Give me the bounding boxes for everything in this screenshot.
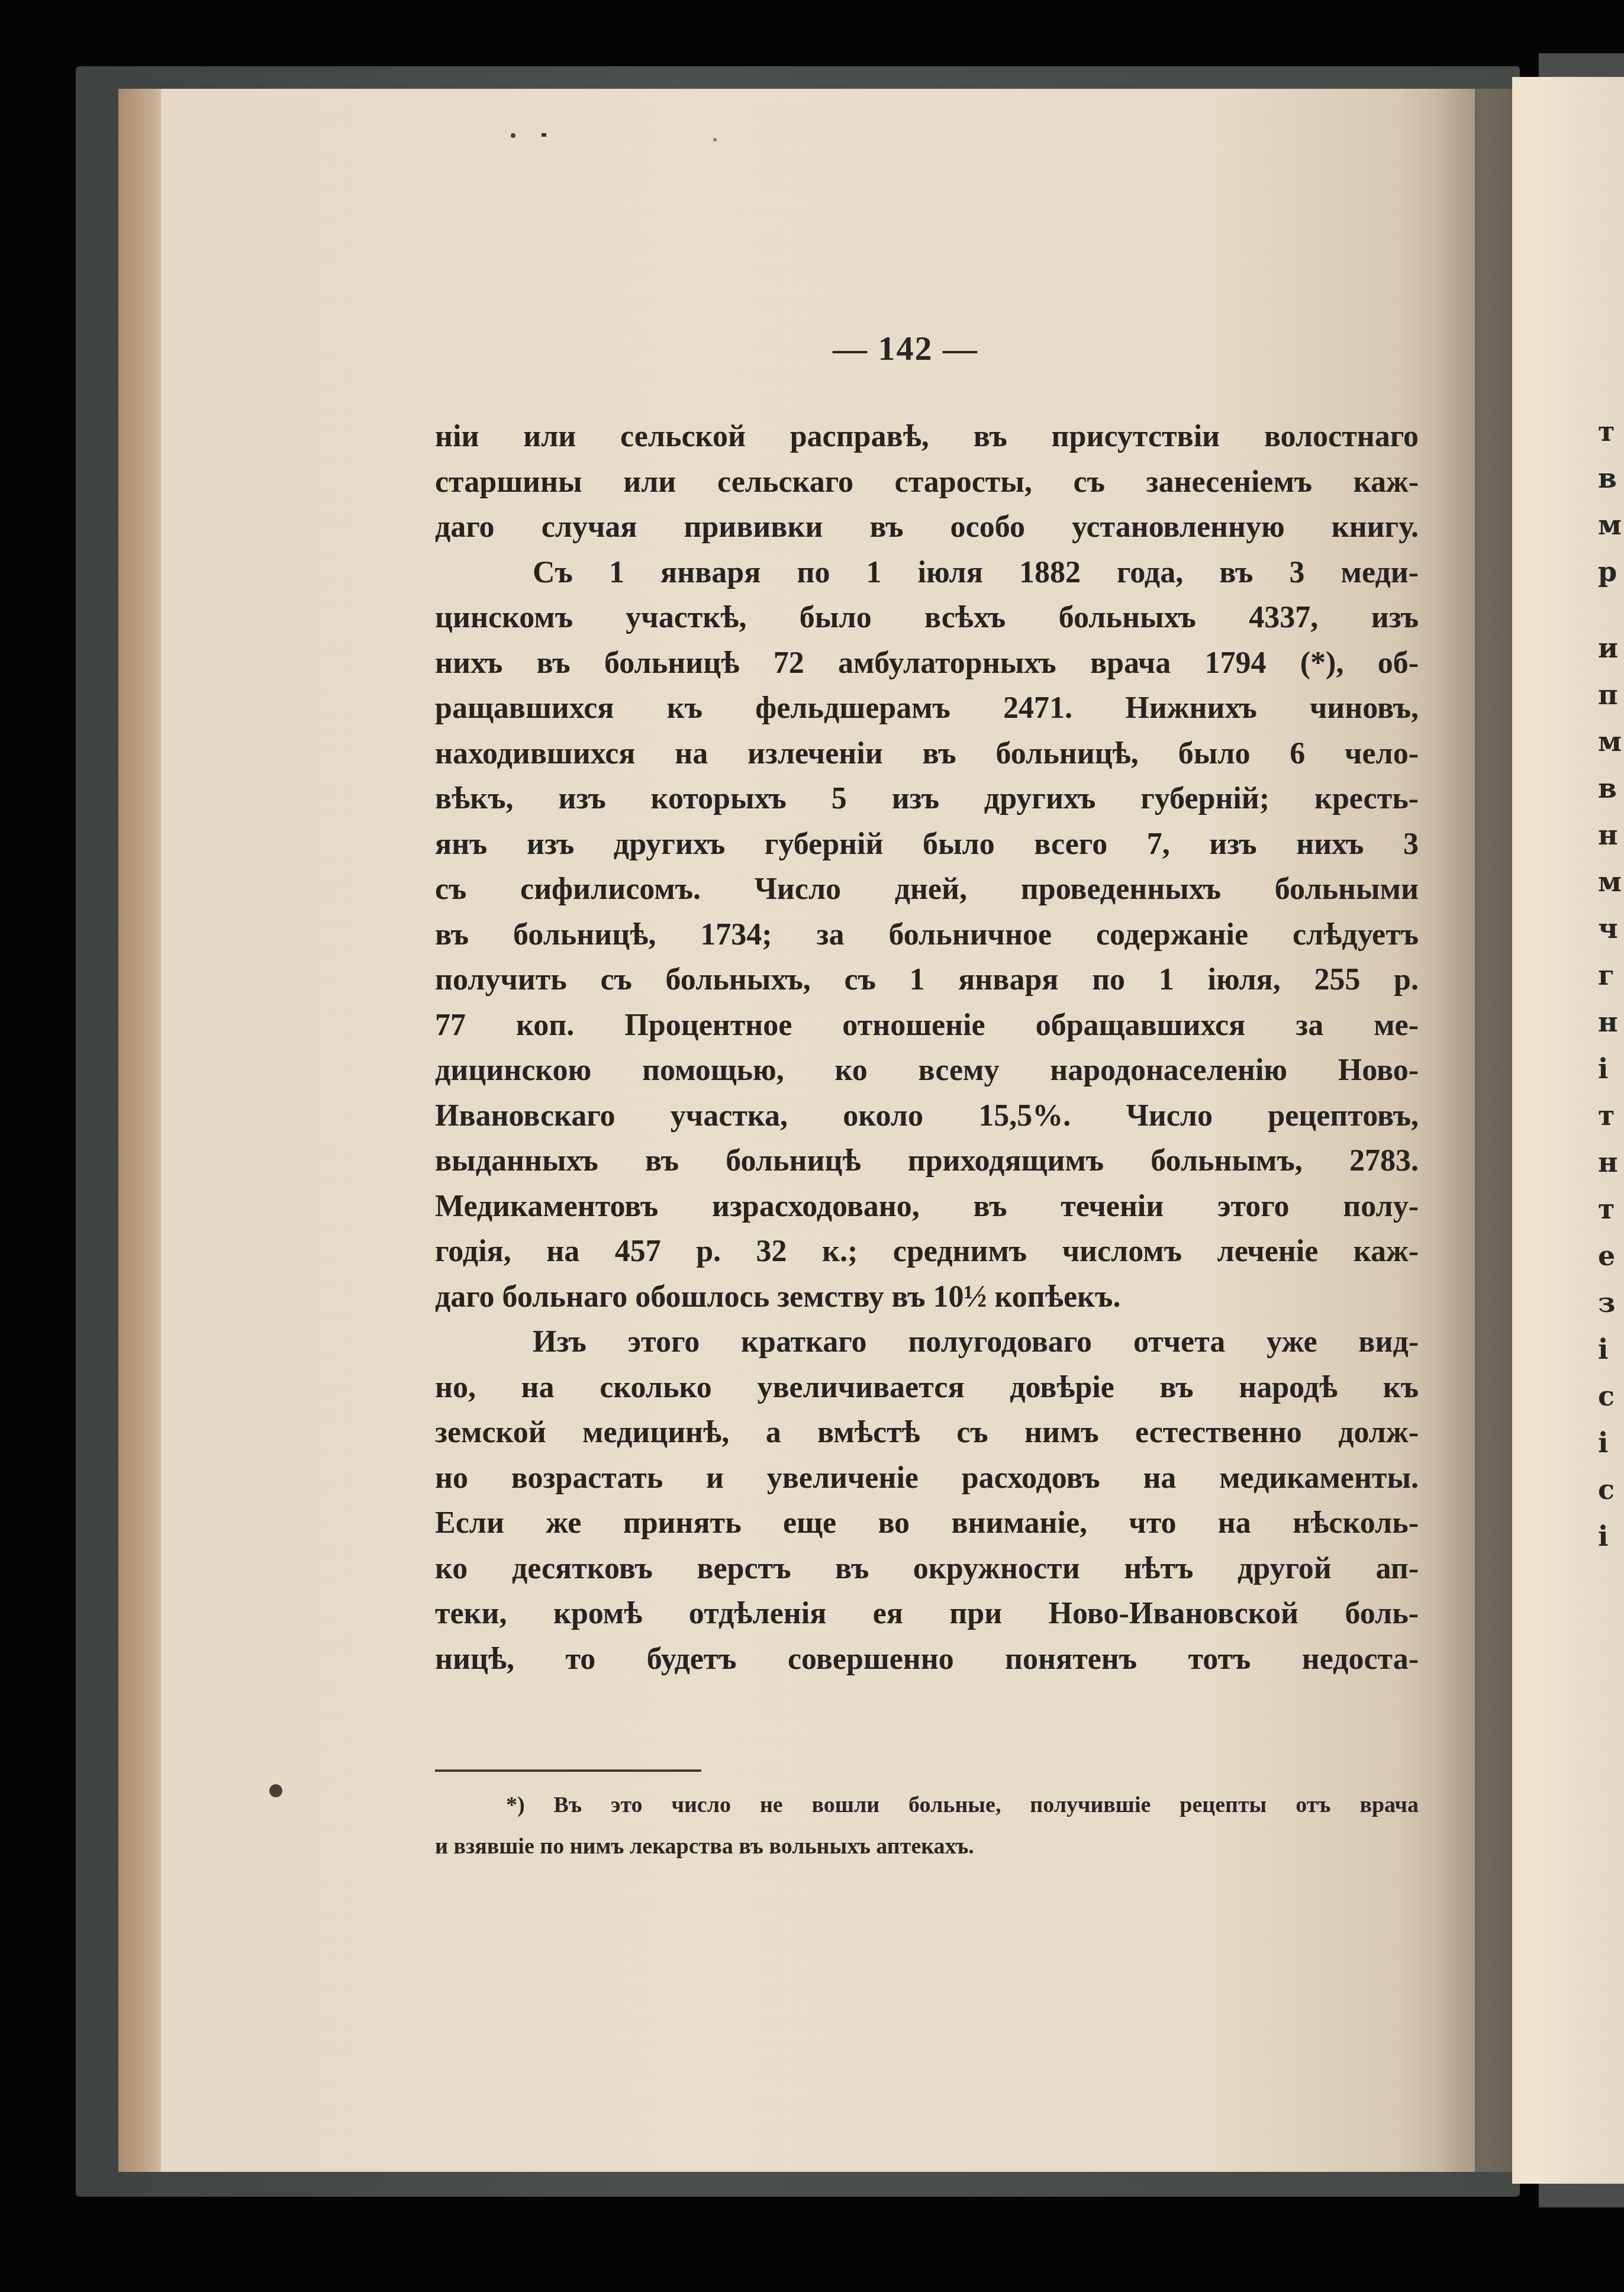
right-page-letter: і <box>1598 1326 1624 1373</box>
paper-speck <box>713 138 717 141</box>
text-line: Изъ этого краткаго полугодоваго отчета у… <box>435 1320 1419 1365</box>
footnote-line: *) Въ это число не вошли больные, получи… <box>435 1784 1419 1826</box>
text-line: но возрастать и увеличеніе расходовъ на … <box>435 1456 1419 1501</box>
text-line: теки, кромѣ отдѣленія ея при Ново-Иванов… <box>435 1591 1419 1637</box>
right-page-letter: в <box>1598 765 1624 812</box>
text-line: 77 коп. Процентное отношеніе обращавшихс… <box>435 1003 1419 1049</box>
text-line: съ сифилисомъ. Число дней, проведенныхъ … <box>435 867 1419 913</box>
text-line: вѣкъ, изъ которыхъ 5 изъ другихъ губерні… <box>435 776 1419 822</box>
right-page-letter: т <box>1598 1186 1624 1233</box>
text-line: цинскомъ участкѣ, было всѣхъ больныхъ 43… <box>435 595 1419 641</box>
text-line: даго случая прививки въ особо установлен… <box>435 505 1419 550</box>
gutter-shadow <box>1438 89 1515 2172</box>
right-page-letter: п <box>1598 672 1624 718</box>
right-page-letter: і <box>1598 1046 1624 1092</box>
text-line: даго больнаго обошлось земству въ 10½ ко… <box>435 1275 1419 1320</box>
right-page-letter: т <box>1598 1092 1624 1139</box>
text-line: ницѣ, то будетъ совершенно понятенъ тотъ… <box>435 1637 1419 1682</box>
text-line: янъ изъ другихъ губерній было всего 7, и… <box>435 822 1419 868</box>
right-page-letter: р <box>1598 549 1624 595</box>
text-line: Ивановскаго участка, около 15,5%. Число … <box>435 1094 1419 1139</box>
right-page-letter: м <box>1598 502 1624 549</box>
right-page-letter: м <box>1598 859 1624 905</box>
right-page-letter: в <box>1598 455 1624 502</box>
right-page-letter: с <box>1598 1466 1624 1513</box>
page-number: — 142 — <box>787 328 1024 368</box>
text-line: Если же принять еще во вниманіе, что на … <box>435 1501 1419 1546</box>
text-line: получить съ больныхъ, съ 1 января по 1 і… <box>435 958 1419 1003</box>
right-page-letter: і <box>1598 1513 1624 1560</box>
text-line: ніи или сельской расправѣ, въ присутстві… <box>435 414 1419 460</box>
text-line: ращавшихся къ фельдшерамъ 2471. Нижнихъ … <box>435 686 1419 731</box>
text-line: старшины или сельскаго старосты, съ зане… <box>435 460 1419 505</box>
text-line: годія, на 457 р. 32 к.; среднимъ числомъ… <box>435 1229 1419 1275</box>
right-page-letter: е <box>1598 1233 1624 1279</box>
right-page-letter: т <box>1598 408 1624 455</box>
right-page-letter: г <box>1598 952 1624 999</box>
footnote-line: и взявшіе по нимъ лекарства въ вольныхъ … <box>435 1826 1419 1867</box>
paper-speck <box>511 133 515 138</box>
footnote-rule <box>435 1769 701 1772</box>
text-line: нихъ въ больницѣ 72 амбулаторныхъ врача … <box>435 641 1419 686</box>
ink-speck <box>542 133 546 137</box>
text-line: дицинскою помощью, ко всему народонаселе… <box>435 1048 1419 1094</box>
text-line: находившихся на излеченіи въ больницѣ, б… <box>435 731 1419 777</box>
right-page-letter: и <box>1598 625 1624 672</box>
text-line: Медикаментовъ израсходовано, въ теченіи … <box>435 1184 1419 1230</box>
right-page-letter: н <box>1598 812 1624 859</box>
right-page-letter: і <box>1598 1420 1624 1466</box>
text-line: Съ 1 января по 1 іюля 1882 года, въ 3 ме… <box>435 550 1419 596</box>
text-line: но, на сколько увеличивается довѣріе въ … <box>435 1365 1419 1411</box>
right-page-letter: м <box>1598 718 1624 765</box>
ink-dot <box>269 1784 282 1797</box>
right-page-letter <box>1598 595 1624 625</box>
text-line: выданныхъ въ больницѣ приходящимъ больны… <box>435 1139 1419 1184</box>
right-page-letter: н <box>1598 999 1624 1046</box>
body-text: ніи или сельской расправѣ, въ присутстві… <box>435 414 1419 1682</box>
right-page-letter: ч <box>1598 905 1624 952</box>
right-page-text-fragment: твмрипмвнмчгнітнтезісісі <box>1598 408 1624 1560</box>
text-line: земской медицинѣ, а вмѣстѣ съ нимъ естес… <box>435 1410 1419 1456</box>
footnote: *) Въ это число не вошли больные, получи… <box>435 1784 1419 1867</box>
right-page-letter: з <box>1598 1279 1624 1326</box>
right-page-letter: н <box>1598 1139 1624 1186</box>
right-page-letter: с <box>1598 1373 1624 1420</box>
text-line: ко десятковъ верстъ въ окружности нѣтъ д… <box>435 1546 1419 1592</box>
text-line: въ больницѣ, 1734; за больничное содержа… <box>435 913 1419 958</box>
